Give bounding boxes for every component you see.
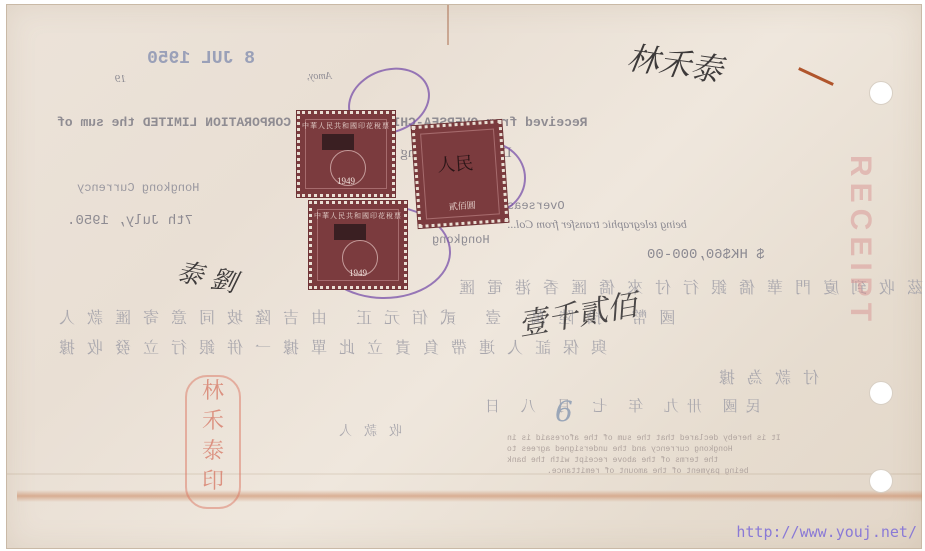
watermark-url: http://www.youj.net/ [736,523,917,541]
currency-note: Hongkong Currency [77,181,199,195]
amount: $ HK$60,000-00 [647,247,765,263]
place-label: Amoy, [307,71,332,82]
fine-print-1: It is hereby declared that the sum of th… [507,433,781,444]
revenue-stamp-1: 中華人民共和國印花稅票 1949 [297,111,395,197]
flag-icon [322,134,354,150]
handwritten-name-left: 泰 劉 [174,251,241,300]
fine-print-4: being payment of the amount of remittanc… [547,466,749,477]
punch-hole [869,81,893,105]
payee-label: 收款人 [327,420,402,439]
fold-crease [447,5,449,45]
red-ink-mark [798,67,834,86]
cn-date: 民國 卅九 年 七 月 八 日 [477,395,761,416]
handwritten-name-top: 林禾泰 [624,33,725,92]
fine-print-2: Hongkong currency and the undersigned ag… [507,444,733,455]
fold-crease [7,473,921,475]
transfer-line: being telegraphic transfer from Col... [507,217,687,232]
red-name-seal: 林 禾 泰 印 [185,375,241,509]
year-prefix: 19 [115,73,126,85]
handwritten-date-figure: 6 [555,395,573,428]
punch-hole [869,381,893,405]
water-stain [17,490,922,502]
punch-hole [869,469,893,493]
date-stamp: 8 JUL 1950 [147,49,255,69]
receipt-paper: 8 JUL 1950 19 Amoy, Received from OVERSE… [6,4,922,549]
fine-print-3: the terms of the above receipt with the … [507,455,718,466]
revenue-stamp-2: 中華人民共和國印花稅票 1949 [309,201,407,289]
revenue-stamp-overprint: 人民 貳佰圓 [412,120,509,228]
side-receipt-mark: RECEIPT [843,155,877,327]
date-line: 7th July, 1950. [67,213,193,229]
cn-line-4: 付款為據 [707,365,819,388]
flag-icon [334,224,366,240]
